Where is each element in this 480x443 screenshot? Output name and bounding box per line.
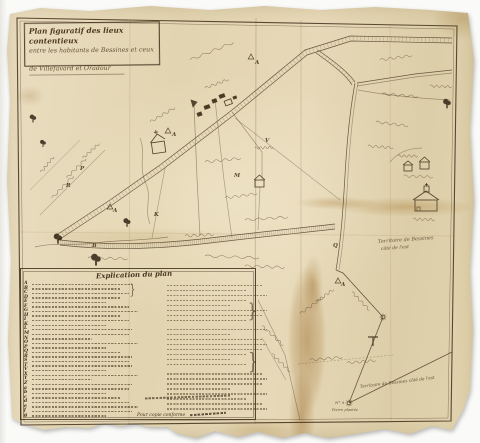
map-title-line2: entre les habitants de Bessines et ceux bbox=[29, 45, 155, 56]
legend-entry-squiggle bbox=[32, 352, 120, 353]
map-letter: Q bbox=[333, 243, 338, 249]
brace-icon: } bbox=[248, 298, 257, 322]
legend-entry-squiggle bbox=[32, 288, 120, 289]
legend-entry-squiggle bbox=[32, 411, 132, 412]
map-title-line1: Plan figuratif des lieux contentieux bbox=[29, 25, 155, 46]
signature-flourish bbox=[190, 412, 226, 417]
stone-number-label: N° 9 bbox=[334, 400, 345, 405]
brace-icon: } bbox=[248, 350, 258, 375]
legend-entry-squiggle bbox=[32, 311, 138, 312]
legend-entry-squiggle bbox=[32, 375, 138, 376]
legend-entry-squiggle bbox=[32, 406, 138, 407]
buildings bbox=[149, 93, 439, 211]
map-labels: Territoire de Bessines côté de l'est Ter… bbox=[331, 235, 436, 412]
legend-letter: g bbox=[24, 414, 32, 419]
legend-entry-squiggle bbox=[32, 329, 132, 330]
legend-entry-squiggle bbox=[32, 306, 129, 307]
map-letter: A bbox=[171, 132, 176, 138]
village-houses bbox=[196, 93, 237, 117]
reference-letters: A A A A B V M R K Q P bbox=[65, 60, 345, 288]
legend-entry-squiggle bbox=[32, 343, 138, 344]
chapel bbox=[149, 130, 166, 154]
legend-entry-squiggle bbox=[32, 320, 129, 321]
legend-entry-squiggle bbox=[32, 393, 106, 394]
legend-entry-squiggle bbox=[32, 384, 132, 385]
t-mark-icon bbox=[368, 337, 378, 346]
map-letter: M bbox=[233, 173, 241, 179]
legend-entry-squiggle bbox=[32, 388, 129, 389]
legend-entry-squiggle bbox=[32, 356, 132, 357]
legend-entry-squiggle bbox=[32, 297, 120, 298]
map-letter: A bbox=[340, 282, 345, 288]
legend-entry-squiggle bbox=[32, 379, 92, 380]
legend-entry-squiggle bbox=[32, 347, 106, 348]
legend-entry-squiggle bbox=[32, 293, 129, 294]
legend-entry-squiggle bbox=[32, 370, 106, 371]
map-letter: P bbox=[79, 166, 85, 172]
legend-entry-squiggle bbox=[32, 365, 132, 366]
legend-entry-squiggle bbox=[32, 315, 120, 316]
territory-right-label: Territoire de Bessines bbox=[378, 235, 434, 245]
legend-entry-squiggle bbox=[32, 397, 120, 398]
legend-entry-squiggle bbox=[32, 361, 129, 362]
brace-icon: } bbox=[129, 282, 135, 298]
map-letter: A bbox=[112, 208, 117, 214]
legend-entry-squiggle bbox=[32, 415, 106, 416]
map-letter: V bbox=[265, 138, 270, 144]
legend-entry-squiggle bbox=[32, 338, 92, 339]
church bbox=[413, 183, 439, 211]
signature-squiggle bbox=[145, 394, 231, 399]
pennant-icon bbox=[191, 100, 197, 107]
legend-entry-squiggle bbox=[32, 284, 132, 285]
map-title-line3: de Villefavard et Oradour bbox=[29, 64, 125, 75]
signature-block: Pour copie conforme bbox=[131, 394, 249, 416]
map-letter: B bbox=[91, 243, 97, 249]
legend-panel: Explication du plan A B C bbox=[20, 268, 256, 420]
legend-entry-squiggle bbox=[32, 334, 129, 335]
scanned-map-page: Territoire de Bessines côté de l'est Ter… bbox=[0, 0, 480, 443]
signature-text: Pour copie conforme bbox=[137, 413, 185, 418]
map-letter: R bbox=[65, 183, 71, 189]
legend-entry-squiggle bbox=[32, 302, 106, 303]
title-cartouche: Plan figuratif des lieux contentieux ent… bbox=[24, 21, 160, 66]
legend-heading: Explication du plan bbox=[59, 267, 209, 281]
legend-entry-squiggle bbox=[32, 325, 106, 326]
map-letter: A bbox=[254, 60, 259, 66]
stone-name-label: Pierre plantée bbox=[331, 408, 358, 412]
map-letter: K bbox=[153, 212, 159, 218]
territory-bottom-label: Territoire de Bessines côté de l'est bbox=[360, 376, 436, 390]
legend-entry-squiggle bbox=[32, 402, 129, 403]
houses-right bbox=[403, 157, 430, 171]
